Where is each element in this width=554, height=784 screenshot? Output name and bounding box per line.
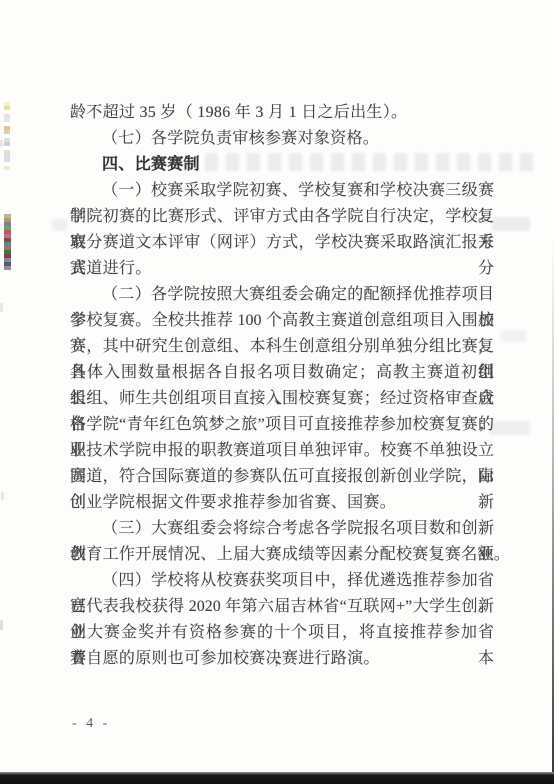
color-strip-segment (4, 266, 11, 270)
document-page: 龄不超过 35 岁（ 1986 年 3 月 1 日之后出生）。（七）各学院负责审… (0, 0, 554, 784)
document-line: （七）各学院负责审核参赛对象资格。 (70, 126, 494, 152)
document-line: 赛道，符合国际赛道的参赛队伍可直接报创新创业学院，由创新 (70, 464, 494, 490)
document-line: （三）大赛组委会将综合考虑各学院报名项目数和创新创业 (70, 516, 494, 542)
document-line: 业技术学院申报的职教赛道项目单独评审。校赛不单独设立国际 (70, 438, 494, 464)
document-line: （二）各学院按照大赛组委会确定的配额择优推荐项目参加 (70, 282, 494, 308)
document-line: 学校复赛。全校共推荐 100 个高教主赛道创意组项目入围校赛复 (70, 308, 494, 334)
document-line: 各学院“青年红色筑梦之旅”项目可直接推荐参加校赛复赛；职 (70, 412, 494, 438)
scan-edge-bottom (0, 772, 554, 784)
scanner-color-strip-top (4, 102, 10, 170)
document-line: 龄不超过 35 岁（ 1986 年 3 月 1 日之后出生）。 (70, 100, 494, 126)
document-line: 取分赛道文本评审（网评）方式，学校决赛采取路演汇报方式分 (70, 230, 494, 256)
document-line: （一）校赛采取学院初赛、学校复赛和学校决赛三级赛制。 (70, 178, 494, 204)
document-body: 龄不超过 35 岁（ 1986 年 3 月 1 日之后出生）。（七）各学院负责审… (70, 100, 494, 672)
document-line: 业大赛金奖并有资格参赛的十个项目，将直接推荐参加省赛，本 (70, 620, 494, 646)
document-line: （四）学校将从校赛获奖项目中，择优遴选推荐参加省赛。 (70, 568, 494, 594)
document-line: 具体入围数量根据各自报名项目数确定；高教主赛道初创组、成 (70, 360, 494, 386)
page-bleedthrough-smudge (500, 330, 526, 342)
page-bleedthrough-smudge (492, 217, 530, 231)
scanner-color-strip-bottom (4, 214, 11, 270)
document-line: 教育工作开展情况、上届大赛成绩等因素分配校赛复赛名额。 (70, 542, 494, 568)
scan-fleck (0, 140, 3, 147)
scan-fleck (0, 303, 3, 312)
document-line: 长组、师生共创组项目直接入围校赛复赛；经过资格审查合格的 (70, 386, 494, 412)
page-bleedthrough-smudge (52, 219, 67, 231)
page-number: - 4 - (72, 716, 110, 732)
color-strip-segment (4, 166, 10, 170)
page-bleedthrough-smudge (490, 421, 530, 435)
document-line: 学院初赛的比赛形式、评审方式由各学院自行决定，学校复赛采 (70, 204, 494, 230)
document-line: 赛，其中研究生创意组、本科生创意组分别单独分组比赛，各组 (70, 334, 494, 360)
scan-fleck (1, 492, 4, 500)
document-line: 已代表我校获得 2020 年第六届吉林省“互联网+”大学生创新创 (70, 594, 494, 620)
document-heading-line: 四、比赛赛制 (70, 152, 494, 178)
scan-fleck (0, 620, 3, 630)
